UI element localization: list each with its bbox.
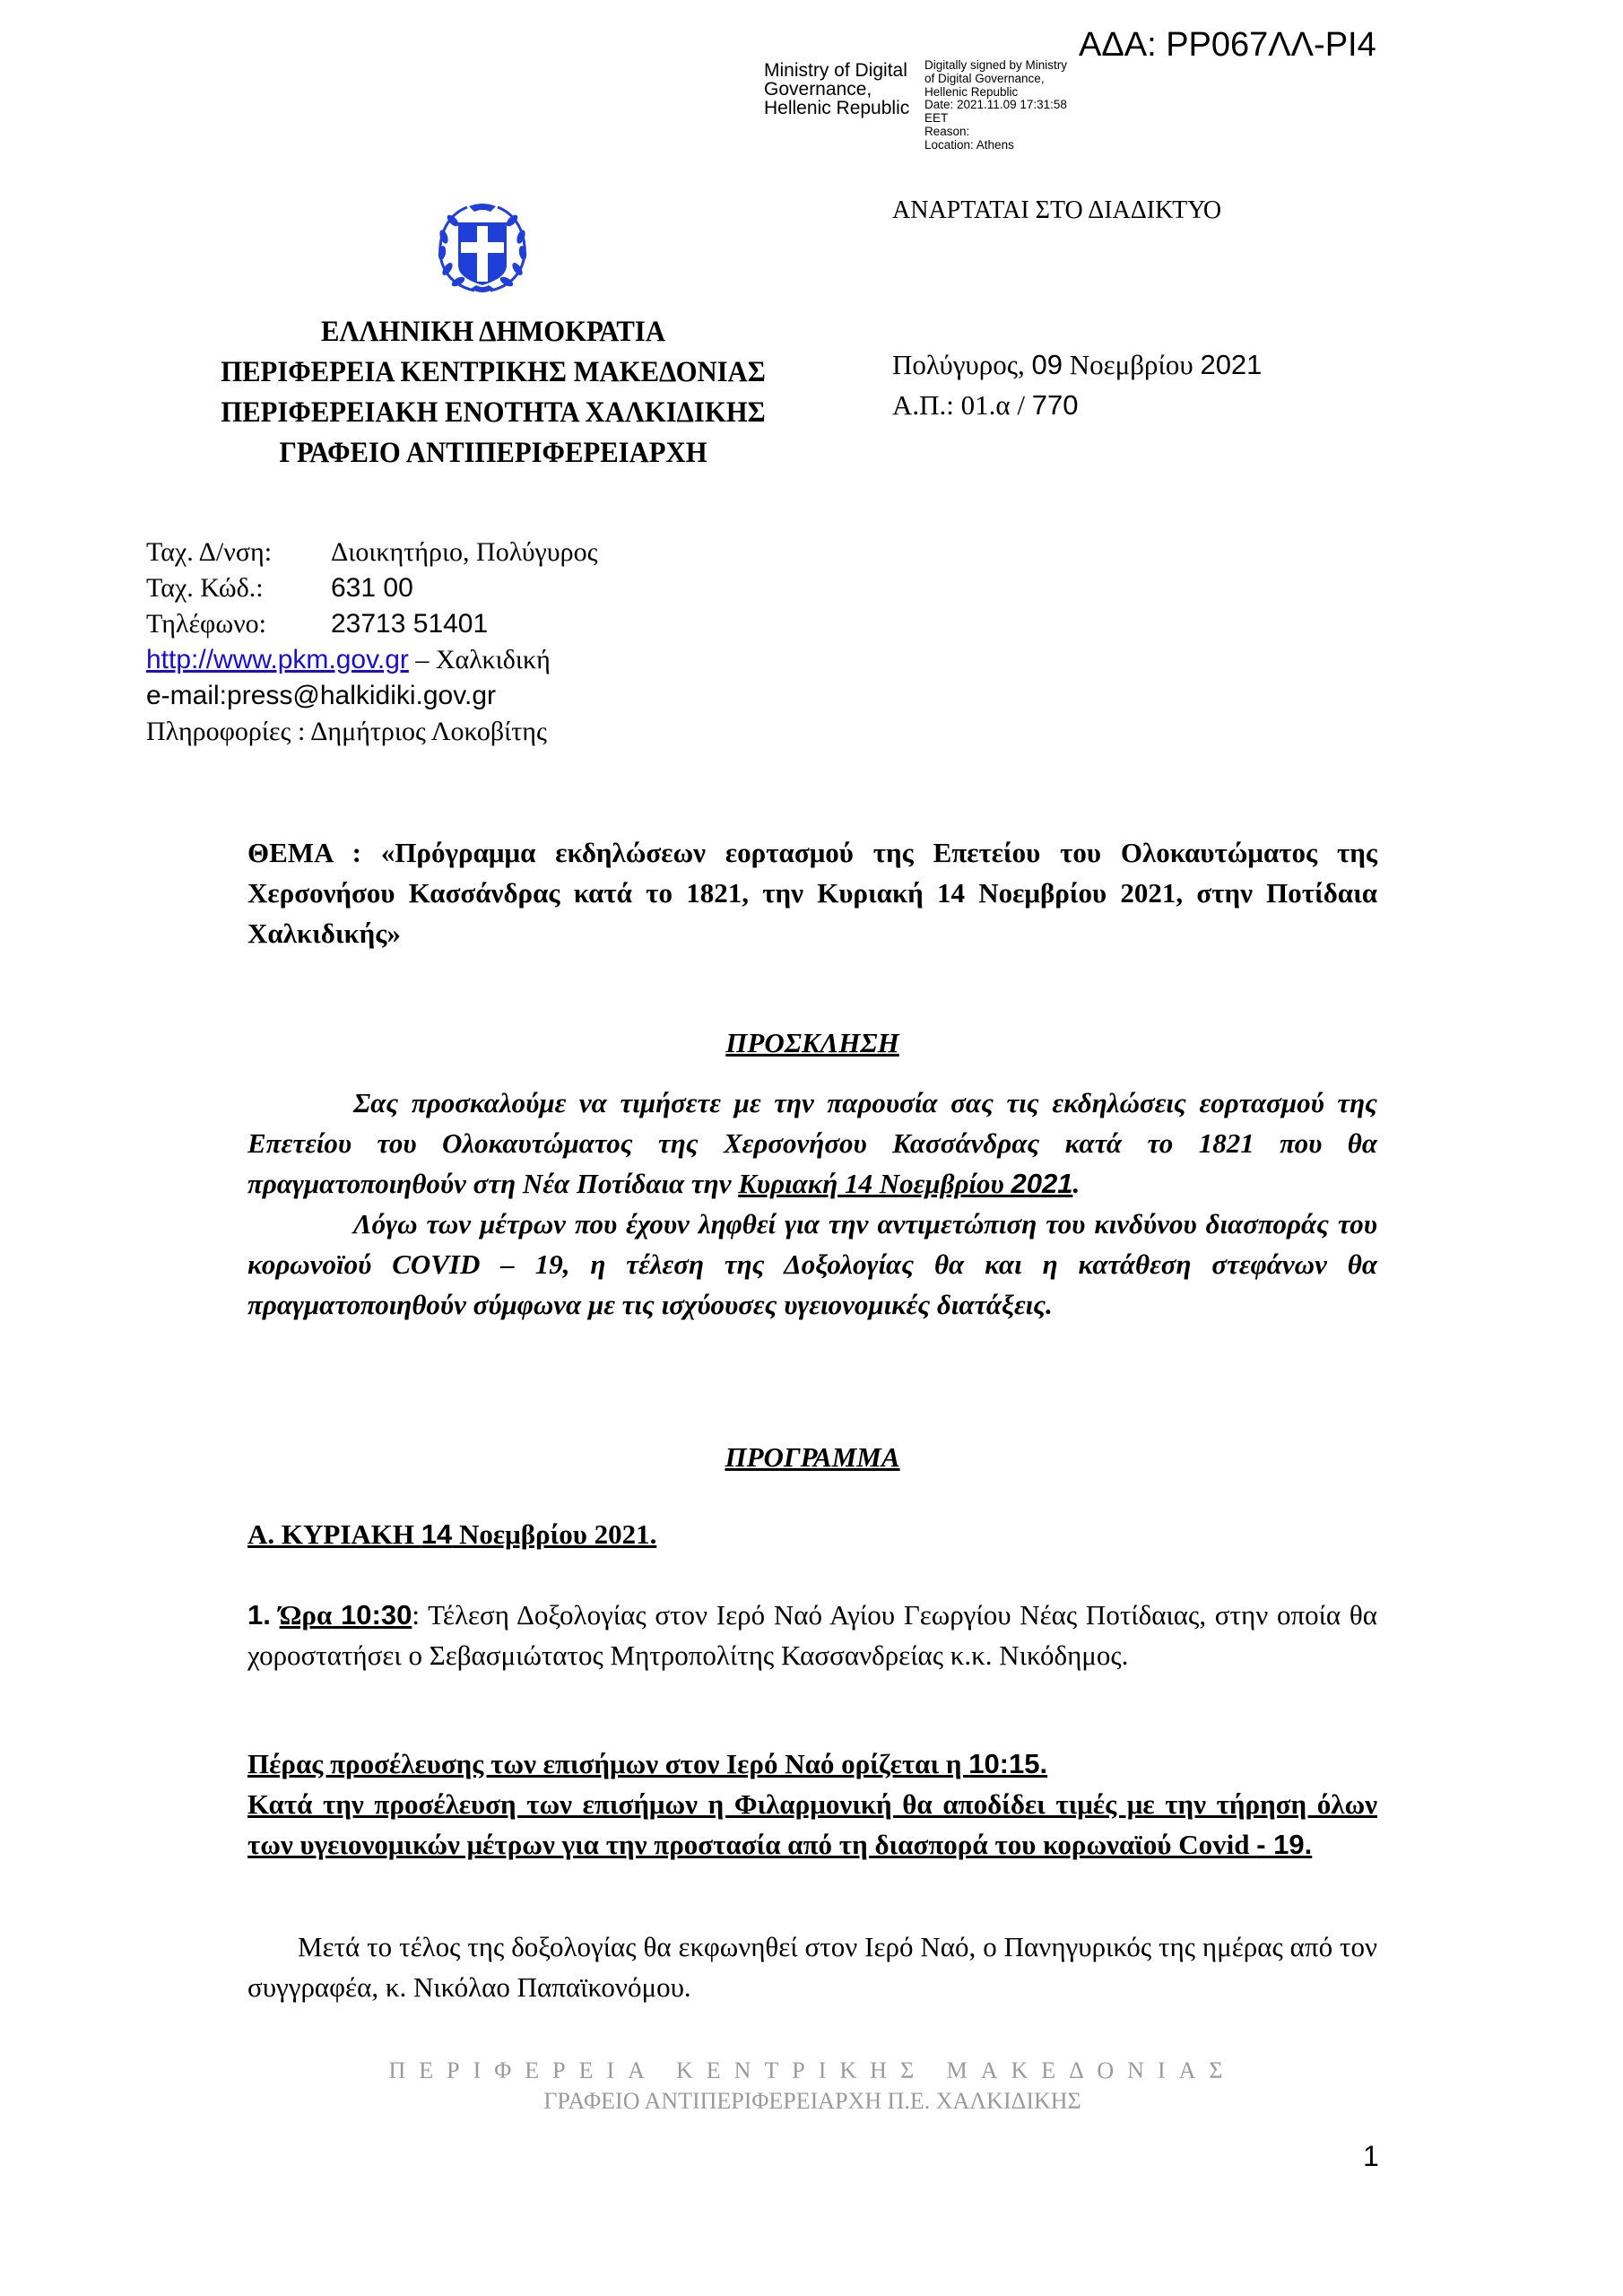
item-time: 10:30: [341, 1599, 412, 1631]
arrival-deadline-text: Πέρας προσέλευσης των επισήμων στον Ιερό…: [247, 1748, 968, 1779]
day-heading-day: 14: [421, 1518, 452, 1550]
address-value: Διοικητήριο, Πολύγυρος: [331, 537, 598, 567]
date-day: 09: [1032, 349, 1063, 380]
protocol-number: Α.Π.: 01.α / 770: [892, 385, 1262, 425]
program-title-text: ΠΡΟΓΡΑΜΜΑ: [725, 1441, 899, 1473]
org-header-line: ΠΕΡΙΦΕΡΕΙΑΚΗ ΕΝΟΤΗΤΑ ΧΑΛΚΙΔΙΚΗΣ: [168, 393, 818, 433]
punctuation: .: [1072, 1168, 1080, 1199]
program-item-1: 1. Ώρα 10:30: Τέλεση Δοξολογίας στον Ιερ…: [247, 1595, 1377, 1675]
arrival-notice: Πέρας προσέλευσης των επισήμων στον Ιερό…: [247, 1744, 1377, 1865]
date-month: Νοεμβρίου: [1063, 349, 1200, 380]
subject: ΘΕΜΑ : «Πρόγραμμα εκδηλώσεων εορτασμού τ…: [247, 832, 1377, 953]
signature-date: Date: 2021.11.09 17:31:58: [924, 99, 1067, 112]
signature-details: Digitally signed by Ministry of Digital …: [924, 59, 1067, 152]
signature-signer-line: Hellenic Republic: [764, 99, 909, 117]
philharmonic-notice: Κατά την προσέλευση των επισήμων η Φιλαρ…: [247, 1784, 1377, 1865]
closing-text: Μετά το τέλος της δοξολογίας θα εκφωνηθε…: [247, 1926, 1377, 2007]
date-place: Πολύγυρος,: [892, 349, 1032, 380]
signature-detail-line: of Digital Governance,: [924, 73, 1067, 86]
contact-block: Ταχ. Δ/νση:Διοικητήριο, Πολύγυρος Ταχ. Κ…: [146, 535, 598, 750]
contact-phone: Τηλέφωνο:23713 51401: [146, 606, 598, 642]
page-number: 1: [1363, 2139, 1379, 2173]
arrival-deadline-time: 10:15.: [968, 1748, 1047, 1779]
philharmonic-text: Κατά την προσέλευση των επισήμων η Φιλαρ…: [247, 1788, 1377, 1860]
program-title: ΠΡΟΓΡΑΜΜΑ: [247, 1437, 1377, 1477]
arrival-deadline: Πέρας προσέλευσης των επισήμων στον Ιερό…: [247, 1744, 1377, 1784]
footer-line-2: ΓΡΑΦΕΙΟ ΑΝΤΙΠΕΡΙΦΕΡΕΙΑΡΧΗ Π.Ε. ΧΑΛΚΙΔΙΚΗ…: [247, 2086, 1377, 2117]
page-footer: ΠΕΡΙΦΕΡΕΙΑ ΚΕΝΤΡΙΚΗΣ ΜΑΚΕΔΟΝΙΑΣ ΓΡΑΦΕΙΟ …: [247, 2056, 1377, 2117]
event-year: 2021: [1011, 1168, 1072, 1199]
org-header-line: ΕΛΛΗΝΙΚΗ ΔΗΜΟΚΡΑΤΙΑ: [168, 312, 818, 352]
protocol-prefix: Α.Π.: 01.α /: [892, 389, 1032, 421]
signature-detail-line: Digitally signed by Ministry: [924, 59, 1067, 73]
protocol-value: 770: [1032, 389, 1079, 421]
day-heading-prefix: Α. ΚΥΡΙΑΚΗ: [247, 1518, 421, 1550]
philharmonic-end: - 19.: [1256, 1829, 1312, 1860]
signature-detail-line: EET: [924, 112, 1067, 126]
contact-address: Ταχ. Δ/νση:Διοικητήριο, Πολύγυρος: [146, 535, 598, 570]
phone-label: Τηλέφωνο:: [146, 606, 331, 642]
item-description: : Τέλεση Δοξολογίας στον Ιερό Ναό Αγίου …: [247, 1599, 1377, 1671]
invitation-title-text: ΠΡΟΣΚΛΗΣΗ: [725, 1027, 898, 1058]
invitation-paragraph: Σας προσκαλούμε να τιμήσετε με την παρου…: [247, 1083, 1377, 1204]
info-value: Δημήτριος Λοκοβίτης: [310, 717, 547, 746]
contact-email: e-mail:press@halkidiki.gov.gr: [146, 678, 598, 714]
date-year: 2021: [1200, 349, 1262, 380]
org-header-line: ΓΡΑΦΕΙΟ ΑΝΤΙΠΕΡΙΦΕΡΕΙΑΡΧΗ: [168, 433, 818, 474]
event-date: Κυριακή 14 Νοεμβρίου: [738, 1168, 1011, 1199]
signature-reason: Reason:: [924, 126, 1067, 139]
postcode-label: Ταχ. Κώδ.:: [146, 570, 331, 606]
posted-online-notice: ΑΝΑΡΤΑΤΑΙ ΣΤΟ ΔΙΑΔΙΚΤΥΟ: [892, 196, 1221, 226]
signature-signer-line: Ministry of Digital: [764, 61, 909, 80]
info-label: Πληροφορίες :: [146, 717, 310, 746]
day-heading: Α. ΚΥΡΙΑΚΗ 14 Νοεμβρίου 2021.: [247, 1514, 656, 1554]
signature-detail-line: Hellenic Republic: [924, 86, 1067, 100]
footer-line-1: ΠΕΡΙΦΕΡΕΙΑ ΚΕΝΤΡΙΚΗΣ ΜΑΚΕΔΟΝΙΑΣ: [247, 2056, 1377, 2086]
organisation-header: ΕΛΛΗΝΙΚΗ ΔΗΜΟΚΡΑΤΙΑ ΠΕΡΙΦΕΡΕΙΑ ΚΕΝΤΡΙΚΗΣ…: [168, 312, 818, 474]
org-header-line: ΠΕΡΙΦΕΡΕΙΑ ΚΕΝΤΡΙΚΗΣ ΜΑΚΕΔΟΝΙΑΣ: [168, 352, 818, 393]
signature-location: Location: Athens: [924, 139, 1067, 152]
phone-value: 23713 51401: [331, 609, 488, 639]
ada-code: ΑΔΑ: ΡΡ067ΛΛ-ΡΙ4: [1079, 25, 1376, 65]
address-label: Ταχ. Δ/νση:: [146, 535, 331, 570]
covid-paragraph: Λόγω των μέτρων που έχουν ληφθεί για την…: [247, 1204, 1377, 1325]
greek-coat-of-arms-icon: [437, 203, 528, 296]
day-heading-month: Νοεμβρίου 2021.: [452, 1518, 656, 1550]
contact-postcode: Ταχ. Κώδ.:631 00: [146, 570, 598, 606]
website-suffix: – Χαλκιδική: [409, 645, 551, 674]
website-link[interactable]: http://www.pkm.gov.gr: [146, 645, 409, 674]
invitation-title: ΠΡΟΣΚΛΗΣΗ: [247, 1022, 1377, 1063]
signature-signer: Ministry of Digital Governance, Hellenic…: [764, 61, 909, 117]
item-time-label: Ώρα: [280, 1599, 333, 1631]
document-date: Πολύγυρος, 09 Νοεμβρίου 2021: [892, 344, 1262, 385]
invitation-body: Σας προσκαλούμε να τιμήσετε με την παρου…: [247, 1083, 1377, 1325]
contact-website: http://www.pkm.gov.gr – Χαλκιδική: [146, 642, 598, 678]
item-number: 1.: [247, 1599, 271, 1631]
closing-paragraph: Μετά το τέλος της δοξολογίας θα εκφωνηθε…: [247, 1926, 1377, 2007]
date-block: Πολύγυρος, 09 Νοεμβρίου 2021 Α.Π.: 01.α …: [892, 344, 1262, 425]
signature-signer-line: Governance,: [764, 80, 909, 99]
postcode-value: 631 00: [331, 573, 413, 603]
contact-info: Πληροφορίες : Δημήτριος Λοκοβίτης: [146, 714, 598, 750]
